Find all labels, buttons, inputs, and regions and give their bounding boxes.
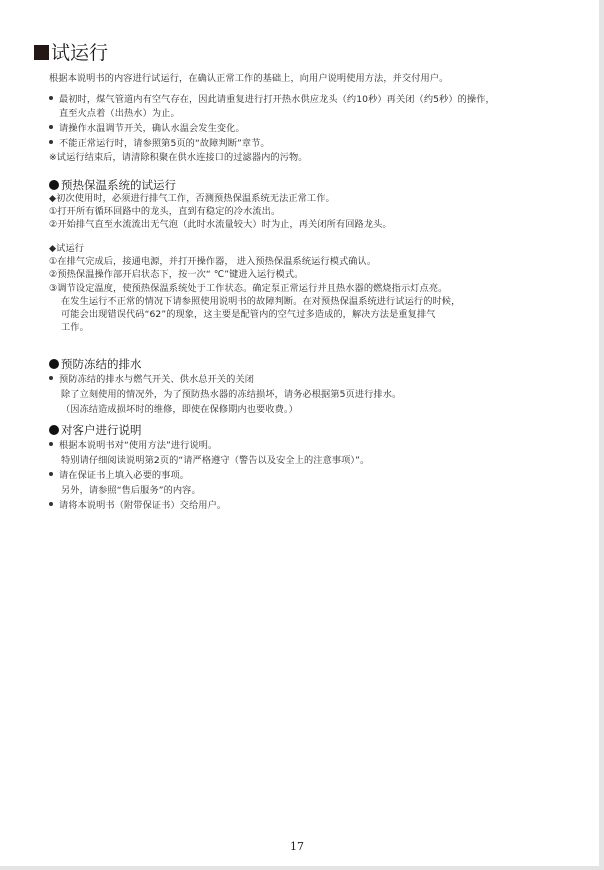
customer-item: 根据本说明书对“使用方法”进行说明。 <box>49 440 217 452</box>
customer-item-cont: 另外，请参照“售后服务”的内容。 <box>61 485 201 497</box>
preheat-heading-text: 预热保温系统的试运行 <box>61 178 176 192</box>
section-title-text: 试运行 <box>51 42 108 64</box>
filled-circle-icon <box>49 359 59 369</box>
bullet-icon <box>49 502 53 506</box>
filled-circle-icon <box>49 425 59 435</box>
preheat-trial-line: ③调节设定温度，使预热保温系统处于工作状态。确定泵正常运行并且热水器的燃烧指示灯… <box>49 283 447 295</box>
trial-bullet-3: 不能正常运行时，请参照第5页的“故障判断”章节。 <box>49 138 270 150</box>
intro-text: 根据本说明书的内容进行试运行，在确认正常工作的基础上，向用户说明使用方法，并交付… <box>49 73 448 85</box>
customer-heading: 对客户进行说明 <box>49 423 142 437</box>
preheat-trial-line: 可能会出现错误代码“62”的现象，这主要是配管内的空气过多造成的，解决方法是重复… <box>61 309 436 321</box>
freeze-bullet: 预防冻结的排水与燃气开关、供水总开关的关闭 <box>49 374 254 386</box>
bullet-text: 请将本说明书（附带保证书）交给用户。 <box>59 500 226 511</box>
preheat-line: ②开始排气直至水流流出无气泡（此时水流量较大）时为止，再关闭所有回路龙头。 <box>49 219 392 231</box>
bullet-text: 预防冻结的排水与燃气开关、供水总开关的关闭 <box>59 374 254 385</box>
preheat-line: ①打开所有循环回路中的龙头，直到有稳定的冷水流出。 <box>49 206 280 218</box>
bullet-icon <box>49 442 53 446</box>
freeze-line: （因冻结造成损坏时的维修，即使在保修期内也要收费。） <box>61 404 298 416</box>
bullet-icon <box>49 125 53 129</box>
preheat-trial-line: 在发生运行不正常的情况下请参照使用说明书的故障判断。在对预热保温系统进行试运行的… <box>61 296 460 308</box>
trial-bullet-2: 请操作水温调节开关，确认水温会发生变化。 <box>49 123 245 135</box>
freeze-heading: 预防冻结的排水 <box>49 357 142 371</box>
preheat-trial-line: ①在排气完成后，接通电源，并打开操作器， 进入预热保温系统运行模式确认。 <box>49 256 376 268</box>
preheat-trial-heading: ◆试运行 <box>49 243 84 255</box>
bullet-text: 请在保证书上填入必要的事项。 <box>59 470 189 481</box>
bullet-icon <box>49 472 53 476</box>
preheat-trial-line: ②预热保温操作部开启状态下，按一次“ ℃”键进入运行模式。 <box>49 269 303 281</box>
filled-circle-icon <box>49 180 59 190</box>
bullet-text: 根据本说明书对“使用方法”进行说明。 <box>59 440 217 451</box>
bullet-text: 不能正常运行时，请参照第5页的“故障判断”章节。 <box>59 138 270 149</box>
customer-item: 请将本说明书（附带保证书）交给用户。 <box>49 500 226 512</box>
manual-page: 试运行 根据本说明书的内容进行试运行，在确认正常工作的基础上，向用户说明使用方法… <box>0 0 599 866</box>
freeze-heading-text: 预防冻结的排水 <box>61 357 142 371</box>
bullet-icon <box>49 96 53 100</box>
trial-note: ※试运行结束后，请清除积聚在供水连接口的过滤器内的污物。 <box>49 152 308 164</box>
trial-bullet-1-cont: 直至火点着（出热水）为止。 <box>59 108 180 120</box>
customer-heading-text: 对客户进行说明 <box>61 423 142 437</box>
page-number: 17 <box>290 840 304 853</box>
bullet-text: 最初时，煤气管道内有空气存在，因此请重复进行打开热水供应龙头（约10秒）再关闭（… <box>59 94 495 105</box>
preheat-line: ◆初次使用时，必须进行排气工作，否测预热保温系统无法正常工作。 <box>49 193 335 205</box>
customer-item: 请在保证书上填入必要的事项。 <box>49 470 189 482</box>
bullet-text: 请操作水温调节开关，确认水温会发生变化。 <box>59 123 245 134</box>
preheat-heading: 预热保温系统的试运行 <box>49 178 176 192</box>
preheat-trial-line: 工作。 <box>61 322 89 334</box>
bullet-icon <box>49 140 53 144</box>
page-edge-bottom <box>0 866 604 870</box>
section-title: 试运行 <box>34 42 108 64</box>
customer-item-cont: 特别请仔细阅读说明第2页的“请严格遵守（警告以及安全上的注意事项）”。 <box>61 455 369 467</box>
page-edge-right <box>599 0 604 870</box>
bullet-icon <box>49 376 53 380</box>
black-square-icon <box>34 45 49 60</box>
freeze-line: 除了立刻使用的情况外，为了预防热水器的冻结损坏，请务必根据第5页进行排水。 <box>61 389 401 401</box>
trial-bullet-1: 最初时，煤气管道内有空气存在，因此请重复进行打开热水供应龙头（约10秒）再关闭（… <box>49 94 495 106</box>
